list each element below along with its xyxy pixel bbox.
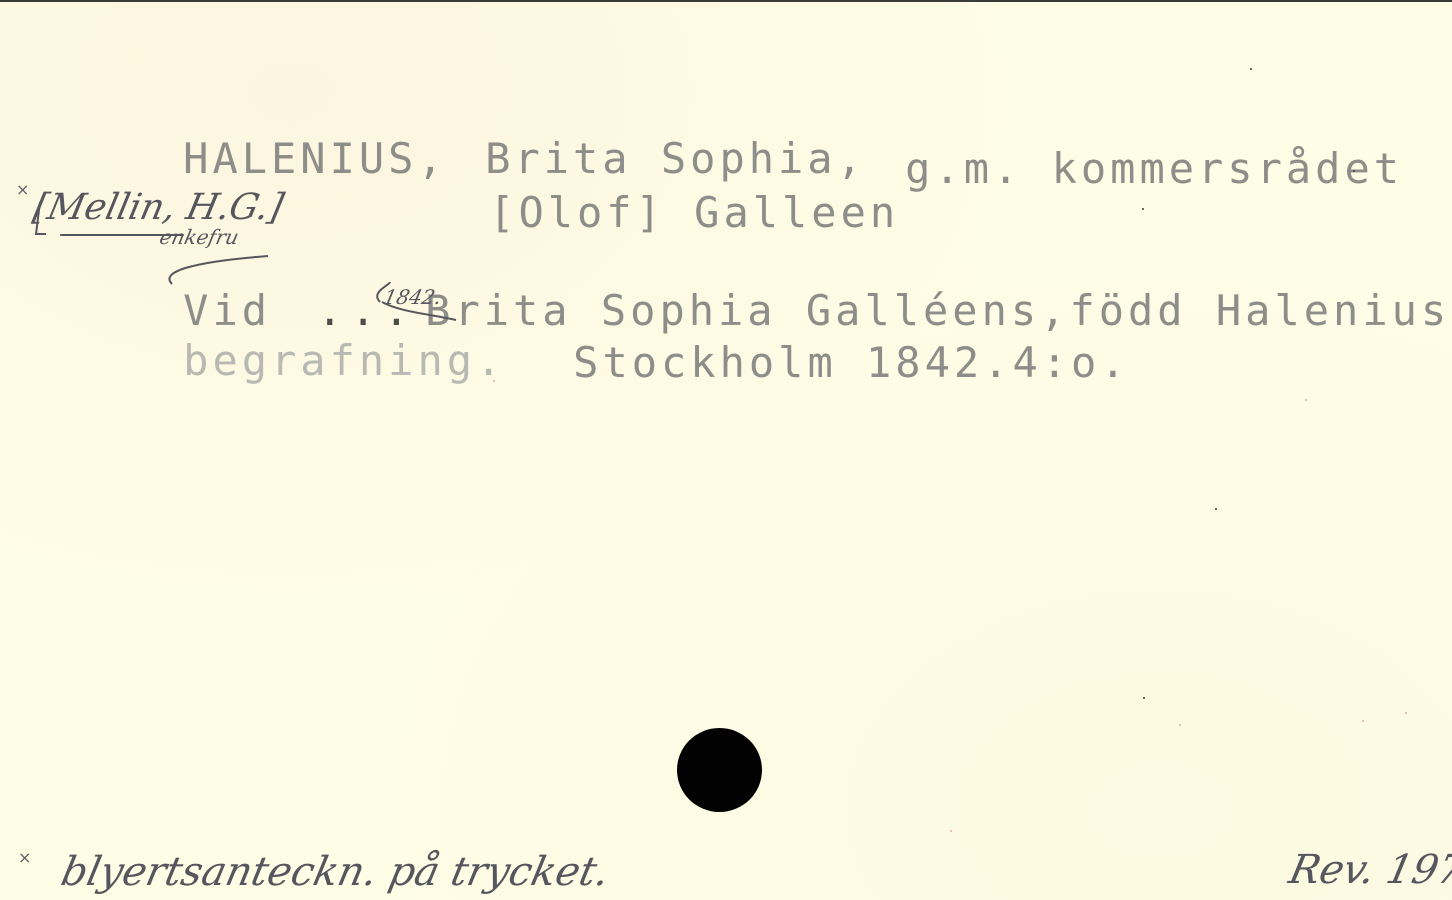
speck [1215, 508, 1217, 510]
handwritten-revision: Rev. 1970 [1286, 850, 1452, 890]
typed-line-4-rest: Stockholm 1842.4:o. [456, 300, 1130, 426]
handwritten-author: [Mellin, H.G.] [30, 190, 286, 226]
footnote-x-mark: × [18, 848, 31, 867]
speck [1143, 697, 1145, 699]
spouse-name: [Olof] Galleen [489, 188, 899, 237]
handwritten-insert-year: 1842. [382, 287, 444, 307]
handwritten-footnote: blyertsanteckn. på trycket. [58, 852, 613, 892]
speck [493, 380, 495, 382]
speck [1362, 720, 1364, 722]
line-4-text: Stockholm 1842.4:o. [573, 338, 1129, 387]
typed-line-4-prefix: begrafning. [66, 298, 505, 424]
speck [1142, 208, 1144, 210]
relation-title: g.m. kommersrådet [905, 144, 1403, 193]
index-card: HALENIUS, Brita Sophia, g.m. kommersråde… [0, 0, 1452, 900]
author-x-mark: × [16, 180, 29, 199]
speck [1305, 399, 1307, 401]
speck [1353, 170, 1355, 172]
punch-hole [677, 728, 762, 812]
speck [1405, 712, 1407, 714]
speck [1179, 724, 1181, 726]
handwritten-insert-enkefru: enkefru [158, 227, 241, 247]
speck [1250, 68, 1252, 70]
speck [950, 830, 952, 832]
